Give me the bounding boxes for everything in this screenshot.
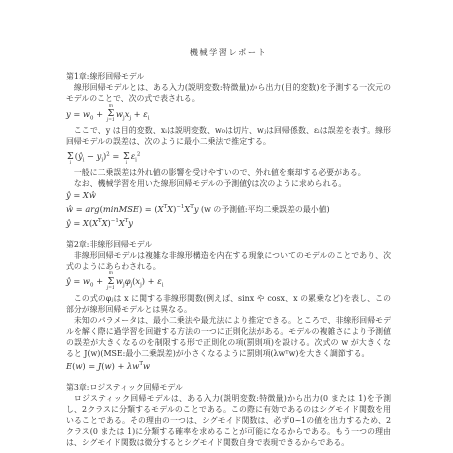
paragraph: ロジスティック回帰モデルは、ある入力(説明変数:特徴量)から出力(0 または 1… (66, 393, 391, 448)
formula-weight-estimate: ŵ = arg(minMSE) = (XTX)−1XTy (w の予測値:平均二… (66, 201, 391, 215)
paragraph: ここで、y は目的変数、xᵢは説明変数、w₀は切片、wⱼは回帰係数、εᵢは誤差を… (66, 125, 391, 147)
chapter-3-logistic-regression: 第3章:ロジスティック回帰モデル ロジスティック回帰モデルは、ある入力(説明変数… (66, 382, 391, 448)
summation-symbol: mΣj=1 (107, 105, 115, 124)
page-title: 機械学習レポート (66, 47, 391, 58)
summation-symbol: Σi (123, 147, 130, 166)
formula-nonlinear-model: ŷ = w0 + mΣj=1wjφj(xj) + εi (66, 272, 391, 293)
formula-prediction: ŷ = Xŵ (66, 189, 391, 201)
chapter-1-linear-regression: 第1章:線形回帰モデル 線形回帰モデルとは、ある入力(説明変数:特徴量)から出力… (66, 71, 391, 229)
chapter-3-heading: 第3章:ロジスティック回帰モデル (66, 382, 391, 393)
paragraph: 一般に二乗誤差は外れ値の影響を受けやすいので、外れ値を棄却する必要がある。 (66, 167, 391, 178)
paragraph: この式のφⱼは x に関する非線形関数(例えば、sinx や cosx、x の累… (66, 293, 391, 315)
chapter-1-heading: 第1章:線形回帰モデル (66, 71, 391, 82)
paragraph: 未知のパラメータは、最小二乗法や最尤法により推定できる。ところで、非線形回帰モデ… (66, 315, 391, 359)
summation-symbol: mΣj=1 (107, 272, 115, 291)
formula-prediction-expanded: ŷ = X(XTX)−1XTy (66, 215, 391, 229)
formula-least-squares: Σi(ŷi − yi)2 = Σiεi2 (66, 147, 391, 168)
summation-symbol: Σi (67, 147, 74, 166)
formula-linear-model: y = w0 + mΣj=1wjxj + εi (66, 104, 391, 125)
paragraph: 非線形回帰モデルは複雑な非線形構造を内在する現象についてのモデルのことであり、次… (66, 250, 391, 272)
chapter-2-nonlinear-regression: 第2章:非線形回帰モデル 非線形回帰モデルは複雑な非線形構造を内在する現象につい… (66, 239, 391, 372)
paragraph: 線形回帰モデルとは、ある入力(説明変数:特徴量)から出力(目的変数)を予測する一… (66, 82, 391, 104)
paragraph: なお、機械学習を用いた線形回帰モデルの予測値ŷは次のように求められる。 (66, 178, 391, 189)
chapter-2-heading: 第2章:非線形回帰モデル (66, 239, 391, 250)
document-page: 機械学習レポート 第1章:線形回帰モデル 線形回帰モデルとは、ある入力(説明変数… (0, 0, 453, 448)
formula-regularization: E(w) = J(w) + λwTw (66, 359, 391, 373)
